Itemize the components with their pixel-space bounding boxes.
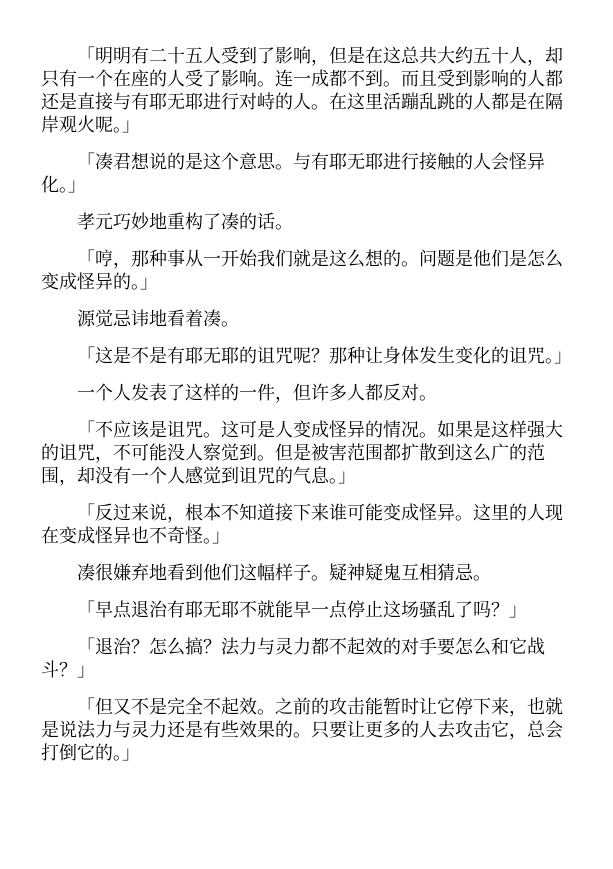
paragraph-7: 一个人发表了这样的一件，但许多人都反对。	[41, 382, 563, 405]
document-page: 「明明有二十五人受到了影响，但是在这总共大约五十人，却只有一个在座的人受了影响。…	[0, 0, 613, 869]
paragraph-8: 「不应该是诅咒。这可是人变成怪异的情况。如果是这样强大的诅咒，不可能没人察觉到。…	[41, 419, 563, 488]
paragraph-11: 「早点退治有耶无耶不就能早一点停止这场骚乱了吗？」	[41, 599, 563, 622]
paragraph-4: 「哼，那种事从一开始我们就是这么想的。问题是他们是怎么变成怪异的。」	[41, 248, 563, 294]
paragraph-9: 「反过来说，根本不知道接下来谁可能变成怪异。这里的人现在变成怪异也不奇怪。」	[41, 502, 563, 548]
paragraph-6: 「这是不是有耶无耶的诅咒呢？那种让身体发生变化的诅咒。」	[41, 345, 563, 368]
paragraph-5: 源觉忌讳地看着凑。	[41, 308, 563, 331]
paragraph-1: 「明明有二十五人受到了影响，但是在这总共大约五十人，却只有一个在座的人受了影响。…	[41, 45, 563, 137]
paragraph-12: 「退治？怎么搞？法力与灵力都不起效的对手要怎么和它战斗？」	[41, 636, 563, 682]
paragraph-2: 「凑君想说的是这个意思。与有耶无耶进行接触的人会怪异化。」	[41, 151, 563, 197]
paragraph-10: 凑很嫌弃地看到他们这幅样子。疑神疑鬼互相猜忌。	[41, 562, 563, 585]
paragraph-13: 「但又不是完全不起效。之前的攻击能暂时让它停下来，也就是说法力与灵力还是有些效果…	[41, 696, 563, 765]
paragraph-3: 孝元巧妙地重构了凑的话。	[41, 211, 563, 234]
text-content: 「明明有二十五人受到了影响，但是在这总共大约五十人，却只有一个在座的人受了影响。…	[0, 0, 613, 765]
